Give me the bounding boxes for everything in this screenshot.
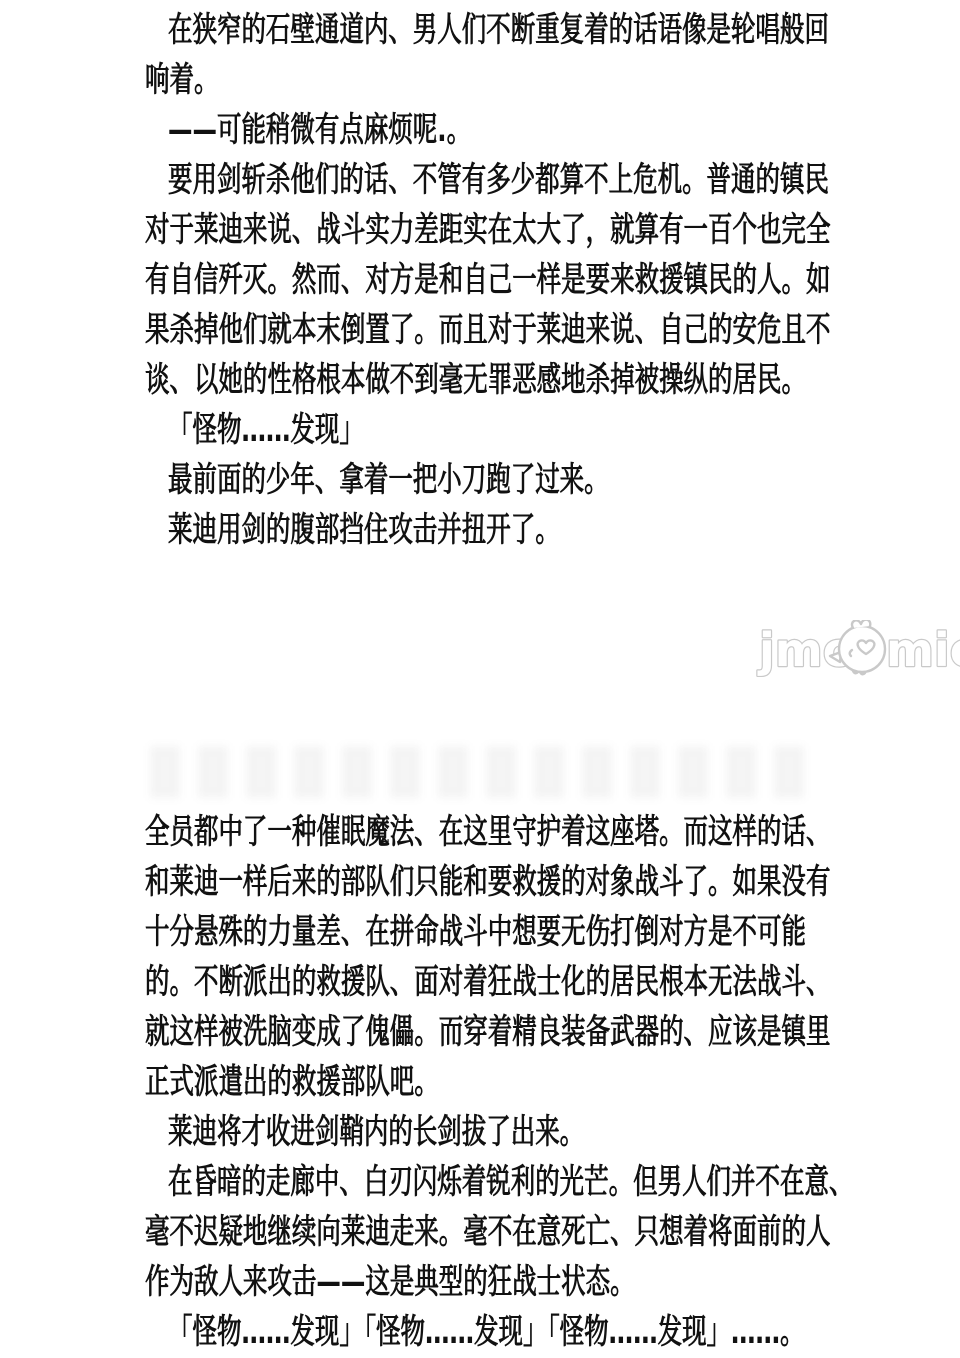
text-line-content: 正式派遣出的救援部队吧。 [145,1057,439,1107]
text-line-content: 在昏暗的走廊中、白刃闪烁着锐利的光芒。但男人们并不在意、 [168,1157,853,1207]
text-line: 的。不断派出的救援队、面对着狂战士化的居民根本无法战斗、 [145,957,855,1007]
text-line-content: 全员都中了一种催眠魔法、在这里守护着这座塔。而这样的话、 [145,807,830,857]
text-block-bottom: 全员都中了一种催眠魔法、在这里守护着这座塔。而这样的话、和莱迪一样后来的部队们只… [145,807,855,1357]
text-line: 对于莱迪来说、战斗实力差距实在太大了，就算有一百个也完全 [145,205,855,255]
watermark-text-mic: mic [886,623,960,677]
text-line: 最前面的少年、拿着一把小刀跑了过来。 [145,455,855,505]
text-line: 十分悬殊的力量差、在拼命战斗中想要无伤打倒对方是不可能 [145,907,855,957]
text-block-top: 在狭窄的石壁通道内、男人们不断重复着的话语像是轮唱般回响着。——可能稍微有点麻烦… [145,5,855,555]
jmcomic-watermark: jmc mic [756,620,960,682]
text-line: 莱迪用剑的腹部挡住攻击并扭开了。 [145,505,855,555]
text-line: 谈、以她的性格根本做不到毫无罪恶感地杀掉被操纵的居民。 [145,355,855,405]
text-line-content: 的。不断派出的救援队、面对着狂战士化的居民根本无法战斗、 [145,957,830,1007]
text-line-content: 莱迪用剑的腹部挡住攻击并扭开了。 [168,505,560,555]
text-line-content: 果杀掉他们就本末倒置了。而且对于莱迪来说、自己的安危且不 [145,305,830,355]
text-line: 正式派遣出的救援部队吧。 [145,1057,855,1107]
text-line-content: 十分悬殊的力量差、在拼命战斗中想要无伤打倒对方是不可能 [145,907,806,957]
text-line: 毫不迟疑地继续向莱迪走来。毫不在意死亡、只想着将面前的人 [145,1207,855,1257]
text-line-content: 毫不迟疑地继续向莱迪走来。毫不在意死亡、只想着将面前的人 [145,1207,830,1257]
ghost-bleedthrough-text [150,746,810,798]
text-line: 果杀掉他们就本末倒置了。而且对于莱迪来说、自己的安危且不 [145,305,855,355]
text-line-content: 就这样被洗脑变成了傀儡。而穿着精良装备武器的、应该是镇里 [145,1007,830,1057]
text-line: 就这样被洗脑变成了傀儡。而穿着精良装备武器的、应该是镇里 [145,1007,855,1057]
text-line-content: 「怪物……发现」 [168,405,364,455]
text-line: 有自信歼灭。然而、对方是和自己一样是要来救援镇民的人。如 [145,255,855,305]
watermark-text-jmc: jmc [757,623,850,677]
novel-page: 在狭窄的石壁通道内、男人们不断重复着的话语像是轮唱般回响着。——可能稍微有点麻烦… [0,0,960,1358]
text-line: 「怪物……发现」 [145,405,855,455]
text-line: 作为敌人来攻击——这是典型的狂战士状态。 [145,1257,855,1307]
text-line-content: 和莱迪一样后来的部队们只能和要救援的对象战斗了。如果没有 [145,857,830,907]
text-line: 要用剑斩杀他们的话、不管有多少都算不上危机。普通的镇民 [145,155,855,205]
text-line-content: 响着。 [145,55,218,105]
text-line-content: 谈、以她的性格根本做不到毫无罪恶感地杀掉被操纵的居民。 [145,355,806,405]
text-line-content: 要用剑斩杀他们的话、不管有多少都算不上危机。普通的镇民 [168,155,829,205]
text-line: ——可能稍微有点麻烦呢.。 [145,105,855,155]
text-line: 和莱迪一样后来的部队们只能和要救援的对象战斗了。如果没有 [145,857,855,907]
text-line: 「怪物……发现」「怪物……发现」「怪物……发现」……。 [145,1307,855,1357]
text-line: 在狭窄的石壁通道内、男人们不断重复着的话语像是轮唱般回 [145,5,855,55]
text-line-content: 作为敌人来攻击——这是典型的狂战士状态。 [145,1257,635,1307]
text-line: 莱迪将才收进剑鞘内的长剑拔了出来。 [145,1107,855,1157]
text-line-content: 对于莱迪来说、战斗实力差距实在太大了，就算有一百个也完全 [145,205,830,255]
text-line-content: 「怪物……发现」「怪物……发现」「怪物……发现」……。 [168,1307,804,1357]
text-line-content: 最前面的少年、拿着一把小刀跑了过来。 [168,455,609,505]
text-line: 全员都中了一种催眠魔法、在这里守护着这座塔。而这样的话、 [145,807,855,857]
text-line: 在昏暗的走廊中、白刃闪烁着锐利的光芒。但男人们并不在意、 [145,1157,855,1207]
text-line-content: 在狭窄的石壁通道内、男人们不断重复着的话语像是轮唱般回 [168,5,829,55]
jmcomic-watermark-graphic: jmc mic [756,620,960,682]
text-line-content: ——可能稍微有点麻烦呢.。 [168,105,471,155]
text-line-content: 有自信歼灭。然而、对方是和自己一样是要来救援镇民的人。如 [145,255,830,305]
text-line: 响着。 [145,55,855,105]
text-line-content: 莱迪将才收进剑鞘内的长剑拔了出来。 [168,1107,584,1157]
